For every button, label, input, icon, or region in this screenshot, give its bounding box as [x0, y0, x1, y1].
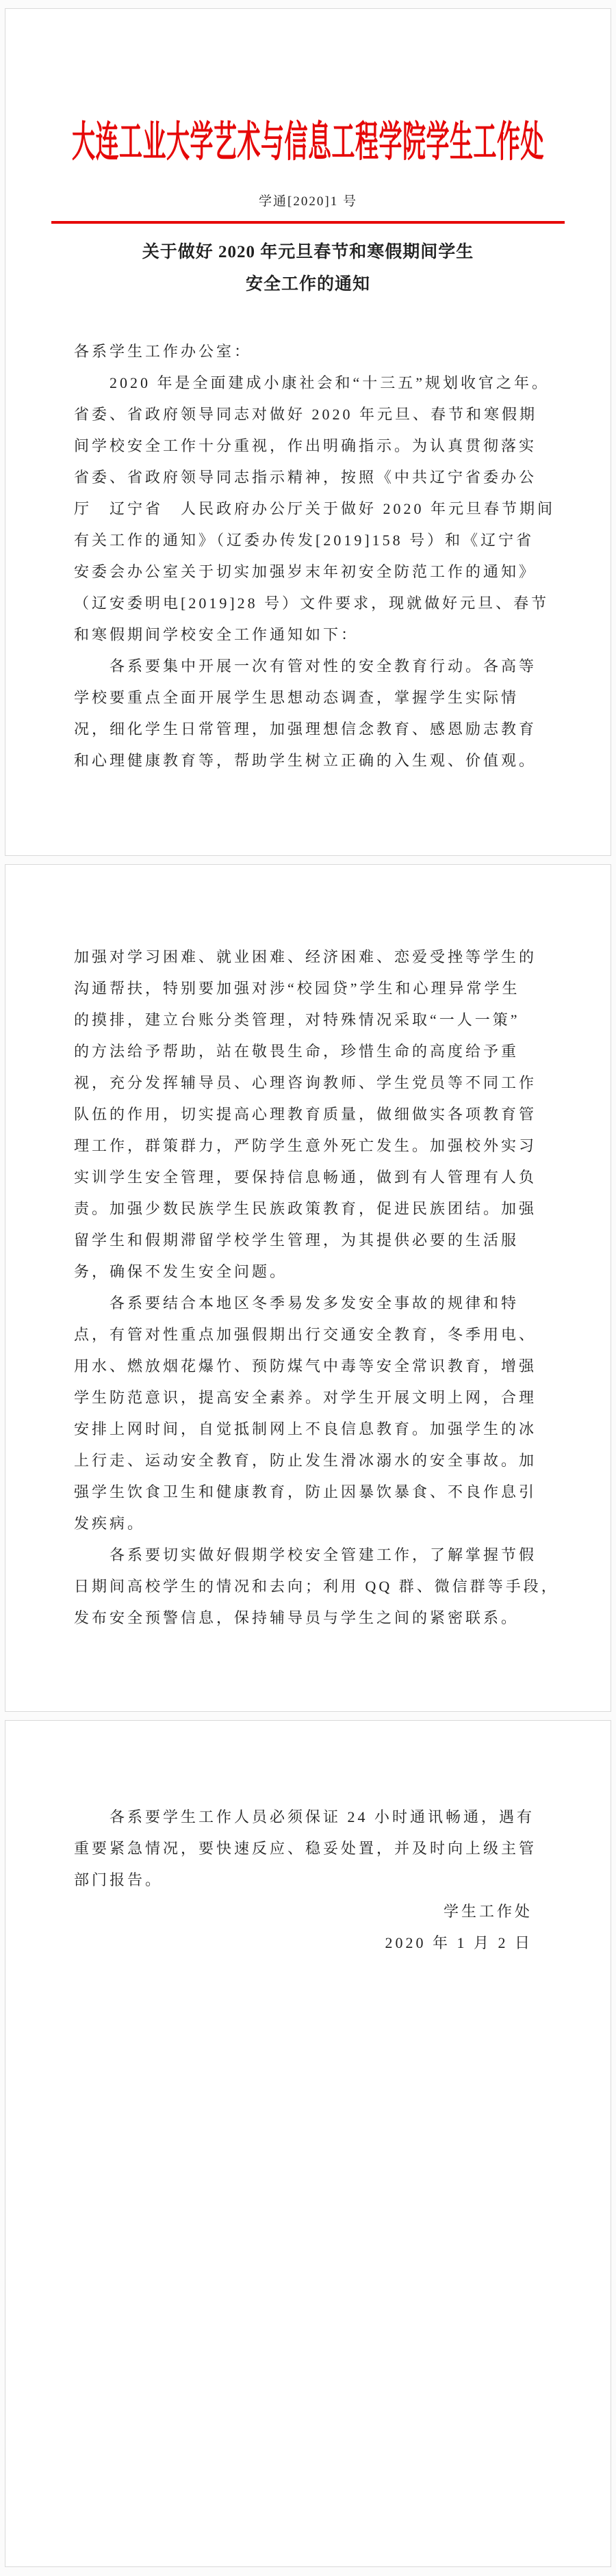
body-line: 厅 辽宁省 人民政府办公厅关于做好 2020 年元旦春节期间 [74, 493, 553, 525]
body-line: 理工作，群策群力，严防学生意外死亡发生。加强校外实习 [74, 1130, 553, 1162]
body-line: 沟通帮扶，特别要加强对涉“校园贷”学生和心理异常学生 [74, 973, 553, 1004]
body-line: 各系要集中开展一次有管对性的安全教育行动。各高等 [74, 651, 553, 682]
body-line: 间学校安全工作十分重视，作出明确指示。为认真贯彻落实 [74, 430, 553, 462]
body-text-page-1: 各系学生工作办公室： 2020 年是全面建成小康社会和“十三五”规划收官之年。省… [74, 336, 553, 777]
body-line: 的方法给予帮助，站在敬畏生命，珍惜生命的高度给予重 [74, 1036, 553, 1067]
body-line: 的摸排，建立台账分类管理，对特殊情况采取“一人一策” [74, 1004, 553, 1036]
body-line: 视，充分发挥辅导员、心理咨询教师、学生党员等不同工作 [74, 1067, 553, 1099]
body-line: 省委、省政府领导同志指示精神，按照《中共辽宁省委办公 [74, 462, 553, 493]
body-line: 安排上网时间，自觉抵制网上不良信息教育。加强学生的冰 [74, 1414, 553, 1445]
body-line: 留学生和假期滞留学校学生管理，为其提供必要的生活服 [74, 1225, 553, 1256]
body-line: 况，细化学生日常管理，加强理想信念教育、感恩励志教育 [74, 714, 553, 745]
body-line: 学生防范意识，提高安全素养。对学生开展文明上网，合理 [74, 1382, 553, 1414]
body-line: 强学生饮食卫生和健康教育，防止因暴饮暴食、不良作息引 [74, 1476, 553, 1508]
body-line: 用水、燃放烟花爆竹、预防煤气中毒等安全常识教育，增强 [74, 1351, 553, 1382]
signature: 学生工作处 [74, 1896, 553, 1927]
body-text-page-3: 各系要学生工作人员必须保证 24 小时通讯畅通，遇有重要紧急情况，要快速反应、稳… [74, 1801, 553, 1896]
document-canvas: { "colors": { "accent_red": "#e60808", "… [0, 0, 616, 2576]
signature-block: 学生工作处 2020 年 1 月 2 日 [74, 1896, 553, 1959]
body-line: 重要紧急情况，要快速反应、稳妥处置，并及时向上级主管 [74, 1833, 553, 1864]
body-line: 实训学生安全管理，要保持信息畅通，做到有人管理有人负 [74, 1162, 553, 1193]
body-line: 发疾病。 [74, 1508, 553, 1539]
body-line: 队伍的作用，切实提高心理教育质量，做细做实各项教育管 [74, 1099, 553, 1130]
body-line: 各系要结合本地区冬季易发多发安全事故的规律和特 [74, 1288, 553, 1319]
body-line: 部门报告。 [74, 1864, 553, 1896]
body-line: （辽安委明电[2019]28 号）文件要求，现就做好元旦、春节 [74, 588, 553, 619]
body-line: 上行走、运动安全教育，防止发生滑冰溺水的安全事故。加 [74, 1445, 553, 1476]
body-line: 务，确保不发生安全问题。 [74, 1256, 553, 1288]
body-line: 和寒假期间学校安全工作通知如下： [74, 619, 553, 651]
body-line: 各系学生工作办公室： [74, 336, 553, 367]
date: 2020 年 1 月 2 日 [74, 1927, 553, 1959]
notice-title-line-1: 关于做好 2020 年元旦春节和寒假期间学生 [142, 243, 474, 261]
notice-title: 关于做好 2020 年元旦春节和寒假期间学生 安全工作的通知 [5, 236, 611, 300]
body-line: 安委会办公室关于切实加强岁末年初安全防范工作的通知》 [74, 556, 553, 588]
page-1: 大连工业大学艺术与信息工程学院学生工作处 学通[2020]1 号 关于做好 20… [5, 8, 611, 856]
body-line: 各系要学生工作人员必须保证 24 小时通讯畅通，遇有 [74, 1801, 553, 1833]
body-line: 省委、省政府领导同志对做好 2020 年元旦、春节和寒假期 [74, 399, 553, 430]
page-2: 加强对学习困难、就业困难、经济困难、恋爱受挫等学生的沟通帮扶，特别要加强对涉“校… [5, 864, 611, 1712]
body-line: 学校要重点全面开展学生思想动态调查，掌握学生实际情 [74, 682, 553, 714]
body-line: 发布安全预警信息，保持辅导员与学生之间的紧密联系。 [74, 1602, 553, 1634]
body-line: 责。加强少数民族学生民族政策教育，促进民族团结。加强 [74, 1193, 553, 1225]
body-line: 日期间高校学生的情况和去向；利用 QQ 群、微信群等手段， [74, 1571, 553, 1602]
page-3: 各系要学生工作人员必须保证 24 小时通讯畅通，遇有重要紧急情况，要快速反应、稳… [5, 1720, 611, 2567]
body-line: 各系要切实做好假期学校安全管建工作，了解掌握节假 [74, 1539, 553, 1571]
notice-title-line-2: 安全工作的通知 [246, 275, 370, 294]
body-line: 加强对学习困难、就业困难、经济困难、恋爱受挫等学生的 [74, 941, 553, 973]
body-line: 点，有管对性重点加强假期出行交通安全教育，冬季用电、 [74, 1319, 553, 1351]
body-line: 和心理健康教育等，帮助学生树立正确的入生观、价值观。 [74, 745, 553, 777]
body-text-page-2: 加强对学习困难、就业困难、经济困难、恋爱受挫等学生的沟通帮扶，特别要加强对涉“校… [74, 941, 553, 1634]
issuing-office-header: 大连工业大学艺术与信息工程学院学生工作处 [5, 86, 611, 189]
document-number: 学通[2020]1 号 [5, 191, 611, 209]
red-divider-line [51, 221, 565, 224]
body-line: 2020 年是全面建成小康社会和“十三五”规划收官之年。 [74, 367, 553, 399]
body-line: 有关工作的通知》（辽委办传发[2019]158 号）和《辽宁省 [74, 525, 553, 556]
